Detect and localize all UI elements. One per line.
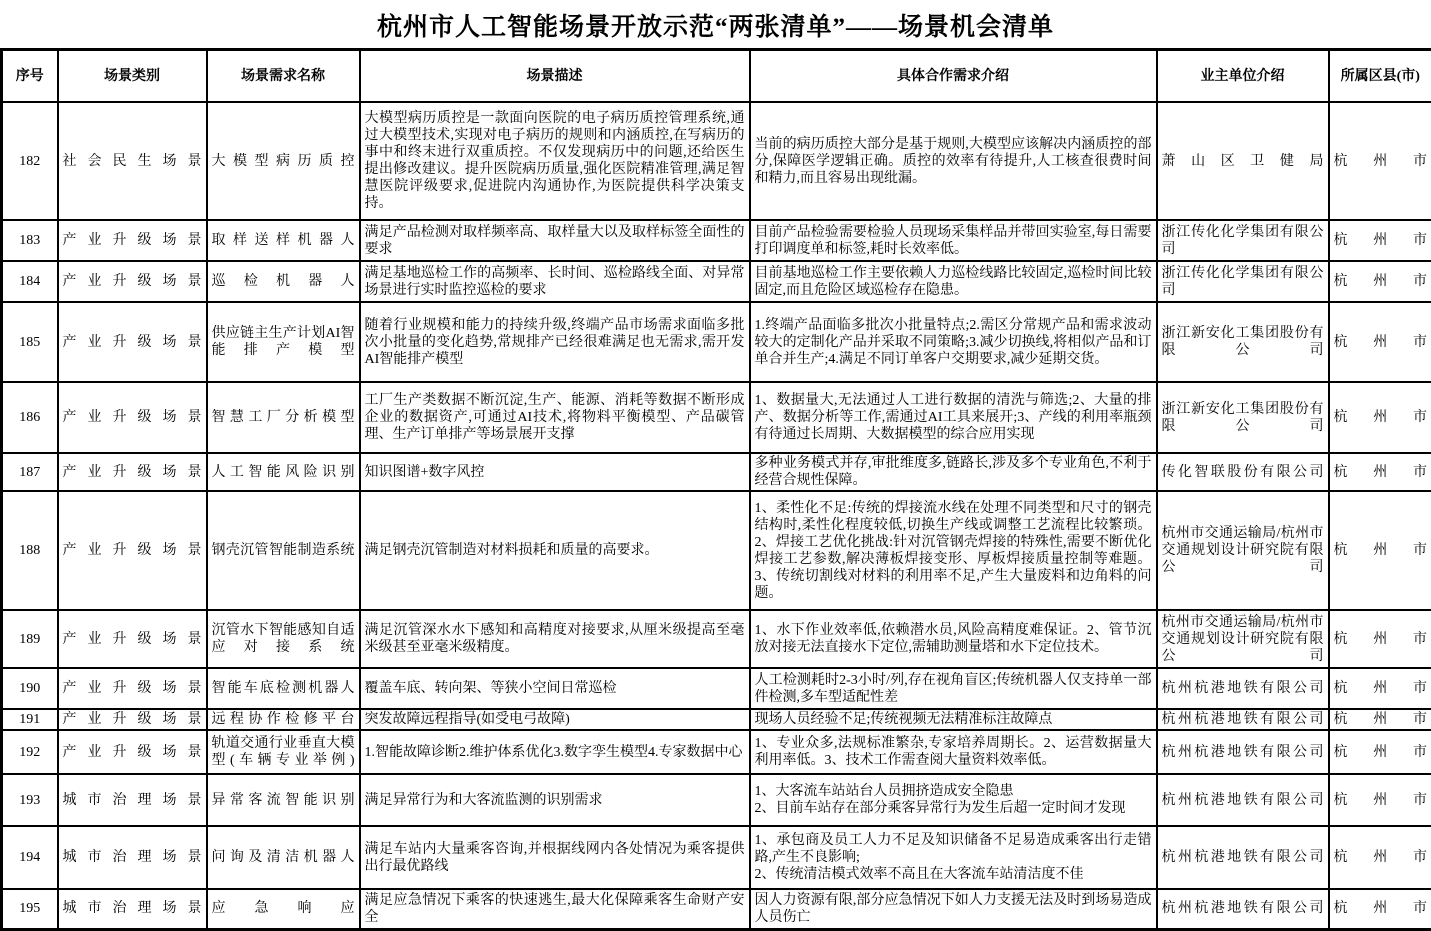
cell-owner-unit: 浙江新安化工集团股份有限公司	[1157, 302, 1329, 382]
cell-scene-description: 覆盖车底、转向架、等狭小空间日常巡检	[360, 668, 750, 709]
cell-scene-category: 城市治理场景	[58, 774, 207, 826]
cell-serial-number: 182	[2, 102, 58, 220]
cell-district: 杭州市	[1329, 709, 1431, 730]
table-row: 190 产业升级场景 智能车底检测机器人 覆盖车底、转向架、等狭小空间日常巡检 …	[2, 668, 1431, 709]
cell-scene-category: 产业升级场景	[58, 491, 207, 610]
cell-scene-demand-name: 巡检机器人	[207, 261, 360, 302]
cell-scene-demand-name: 智能车底检测机器人	[207, 668, 360, 709]
table-row: 183 产业升级场景 取样送样机器人 满足产品检测对取样频率高、取样量大以及取样…	[2, 220, 1431, 261]
cell-scene-demand-name: 大模型病历质控	[207, 102, 360, 220]
cell-cooperation-demand: 1.终端产品面临多批次小批量特点;2.需区分常规产品和需求波动较大的定制化产品并…	[750, 302, 1157, 382]
cell-district: 杭州市	[1329, 102, 1431, 220]
cell-scene-description: 大模型病历质控是一款面向医院的电子病历质控管理系统,通过大模型技术,实现对电子病…	[360, 102, 750, 220]
cell-cooperation-demand: 1、柔性化不足:传统的焊接流水线在处理不同类型和尺寸的钢壳结构时,柔性化程度较低…	[750, 491, 1157, 610]
cell-scene-description: 满足钢壳沉管制造对材料损耗和质量的高要求。	[360, 491, 750, 610]
header-serial-number: 序号	[2, 50, 58, 103]
cell-cooperation-demand: 1、大客流车站站台人员拥挤造成安全隐患 2、目前车站存在部分乘客异常行为发生后超…	[750, 774, 1157, 826]
cell-district: 杭州市	[1329, 491, 1431, 610]
header-scene-demand-name: 场景需求名称	[207, 50, 360, 103]
cell-serial-number: 192	[2, 730, 58, 774]
cell-serial-number: 190	[2, 668, 58, 709]
cell-scene-description: 满足车站内大量乘客咨询,并根据线网内各处情况为乘客提供出行最优路线	[360, 826, 750, 889]
header-owner-unit: 业主单位介绍	[1157, 50, 1329, 103]
cell-scene-demand-name: 远程协作检修平台	[207, 709, 360, 730]
table-row: 186 产业升级场景 智慧工厂分析模型 工厂生产类数据不断沉淀,生产、能源、消耗…	[2, 382, 1431, 453]
cell-cooperation-demand: 1、数据量大,无法通过人工进行数据的清洗与筛选;2、大量的排产、数据分析等工作,…	[750, 382, 1157, 453]
cell-scene-description: 满足应急情况下乘客的快速逃生,最大化保障乘客生命财产安全	[360, 889, 750, 929]
cell-scene-description: 突发故障远程指导(如受电弓故障)	[360, 709, 750, 730]
cell-cooperation-demand: 1、水下作业效率低,依赖潜水员,风险高精度难保证。2、管节沉放对接无法直接水下定…	[750, 610, 1157, 668]
cell-owner-unit: 杭州市交通运输局/杭州市交通规划设计研究院有限公司	[1157, 610, 1329, 668]
cell-cooperation-demand: 当前的病历质控大部分是基于规则,大模型应该解决内涵质控的部分,保障医学逻辑正确。…	[750, 102, 1157, 220]
header-cooperation-demand: 具体合作需求介绍	[750, 50, 1157, 103]
cell-owner-unit: 杭州杭港地铁有限公司	[1157, 774, 1329, 826]
cell-cooperation-demand: 1、专业众多,法规标准繁杂,专家培养周期长。2、运营数据量大利用率低。3、技术工…	[750, 730, 1157, 774]
table-row: 187 产业升级场景 人工智能风险识别 知识图谱+数字风控 多种业务模式并存,审…	[2, 453, 1431, 491]
cell-district: 杭州市	[1329, 453, 1431, 491]
cell-serial-number: 195	[2, 889, 58, 929]
table-row: 189 产业升级场景 沉管水下智能感知自适应对接系统 满足沉管深水水下感知和高精…	[2, 610, 1431, 668]
header-scene-category: 场景类别	[58, 50, 207, 103]
cell-scene-demand-name: 取样送样机器人	[207, 220, 360, 261]
cell-owner-unit: 传化智联股份有限公司	[1157, 453, 1329, 491]
page-title: 杭州市人工智能场景开放示范“两张清单”——场景机会清单	[0, 0, 1431, 48]
cell-scene-demand-name: 沉管水下智能感知自适应对接系统	[207, 610, 360, 668]
cell-scene-demand-name: 异常客流智能识别	[207, 774, 360, 826]
cell-scene-category: 产业升级场景	[58, 453, 207, 491]
cell-district: 杭州市	[1329, 668, 1431, 709]
cell-owner-unit: 杭州杭港地铁有限公司	[1157, 730, 1329, 774]
cell-scene-demand-name: 供应链主生产计划AI智能排产模型	[207, 302, 360, 382]
cell-scene-description: 工厂生产类数据不断沉淀,生产、能源、消耗等数据不断形成企业的数据资产,可通过AI…	[360, 382, 750, 453]
cell-cooperation-demand: 人工检测耗时2-3小时/列,存在视角盲区;传统机器人仅支持单一部件检测,多车型适…	[750, 668, 1157, 709]
cell-serial-number: 185	[2, 302, 58, 382]
cell-owner-unit: 杭州杭港地铁有限公司	[1157, 889, 1329, 929]
cell-district: 杭州市	[1329, 774, 1431, 826]
cell-cooperation-demand: 因人力资源有限,部分应急情况下如人力支援无法及时到场易造成人员伤亡	[750, 889, 1157, 929]
cell-serial-number: 184	[2, 261, 58, 302]
cell-scene-category: 产业升级场景	[58, 709, 207, 730]
cell-serial-number: 191	[2, 709, 58, 730]
cell-owner-unit: 萧山区卫健局	[1157, 102, 1329, 220]
table-row: 182 社会民生场景 大模型病历质控 大模型病历质控是一款面向医院的电子病历质控…	[2, 102, 1431, 220]
cell-scene-description: 满足产品检测对取样频率高、取样量大以及取样标签全面性的要求	[360, 220, 750, 261]
header-scene-description: 场景描述	[360, 50, 750, 103]
table-row: 184 产业升级场景 巡检机器人 满足基地巡检工作的高频率、长时间、巡检路线全面…	[2, 261, 1431, 302]
cell-scene-category: 城市治理场景	[58, 826, 207, 889]
cell-serial-number: 193	[2, 774, 58, 826]
cell-scene-category: 社会民生场景	[58, 102, 207, 220]
cell-district: 杭州市	[1329, 610, 1431, 668]
cell-district: 杭州市	[1329, 220, 1431, 261]
table-row: 188 产业升级场景 钢壳沉管智能制造系统 满足钢壳沉管制造对材料损耗和质量的高…	[2, 491, 1431, 610]
cell-serial-number: 186	[2, 382, 58, 453]
cell-scene-category: 产业升级场景	[58, 302, 207, 382]
table-row: 195 城市治理场景 应急响应 满足应急情况下乘客的快速逃生,最大化保障乘客生命…	[2, 889, 1431, 929]
cell-cooperation-demand: 目前产品检验需要检验人员现场采集样品并带回实验室,每日需要打印调度单和标签,耗时…	[750, 220, 1157, 261]
cell-scene-description: 满足沉管深水水下感知和高精度对接要求,从厘米级提高至毫米级甚至亚毫米级精度。	[360, 610, 750, 668]
cell-serial-number: 189	[2, 610, 58, 668]
cell-scene-description: 满足异常行为和大客流监测的识别需求	[360, 774, 750, 826]
scene-opportunity-table: 序号 场景类别 场景需求名称 场景描述 具体合作需求介绍 业主单位介绍 所属区县…	[0, 48, 1431, 931]
cell-scene-description: 1.智能故障诊断2.维护体系优化3.数字孪生模型4.专家数据中心	[360, 730, 750, 774]
cell-owner-unit: 杭州杭港地铁有限公司	[1157, 709, 1329, 730]
cell-serial-number: 187	[2, 453, 58, 491]
cell-district: 杭州市	[1329, 730, 1431, 774]
table-row: 194 城市治理场景 问询及清洁机器人 满足车站内大量乘客咨询,并根据线网内各处…	[2, 826, 1431, 889]
cell-owner-unit: 杭州杭港地铁有限公司	[1157, 826, 1329, 889]
cell-scene-category: 产业升级场景	[58, 261, 207, 302]
cell-scene-description: 满足基地巡检工作的高频率、长时间、巡检路线全面、对异常场景进行实时监控巡检的要求	[360, 261, 750, 302]
table-row: 193 城市治理场景 异常客流智能识别 满足异常行为和大客流监测的识别需求 1、…	[2, 774, 1431, 826]
cell-serial-number: 194	[2, 826, 58, 889]
cell-scene-category: 产业升级场景	[58, 220, 207, 261]
cell-owner-unit: 浙江新安化工集团股份有限公司	[1157, 382, 1329, 453]
cell-district: 杭州市	[1329, 826, 1431, 889]
cell-scene-description: 知识图谱+数字风控	[360, 453, 750, 491]
cell-cooperation-demand: 现场人员经验不足;传统视频无法精准标注故障点	[750, 709, 1157, 730]
cell-cooperation-demand: 目前基地巡检工作主要依赖人力巡检线路比较固定,巡检时间比较固定,而且危险区域巡检…	[750, 261, 1157, 302]
table-body: 182 社会民生场景 大模型病历质控 大模型病历质控是一款面向医院的电子病历质控…	[2, 102, 1431, 929]
cell-cooperation-demand: 多种业务模式并存,审批维度多,链路长,涉及多个专业角色,不利于经营合规性保障。	[750, 453, 1157, 491]
cell-district: 杭州市	[1329, 889, 1431, 929]
header-row: 序号 场景类别 场景需求名称 场景描述 具体合作需求介绍 业主单位介绍 所属区县…	[2, 50, 1431, 103]
table-row: 192 产业升级场景 轨道交通行业垂直大模型(车辆专业举例) 1.智能故障诊断2…	[2, 730, 1431, 774]
cell-owner-unit: 杭州杭港地铁有限公司	[1157, 668, 1329, 709]
cell-serial-number: 183	[2, 220, 58, 261]
cell-owner-unit: 浙江传化化学集团有限公司	[1157, 220, 1329, 261]
cell-district: 杭州市	[1329, 382, 1431, 453]
cell-scene-demand-name: 智慧工厂分析模型	[207, 382, 360, 453]
cell-owner-unit: 浙江传化化学集团有限公司	[1157, 261, 1329, 302]
cell-scene-demand-name: 人工智能风险识别	[207, 453, 360, 491]
cell-scene-category: 产业升级场景	[58, 668, 207, 709]
cell-scene-category: 产业升级场景	[58, 382, 207, 453]
table-row: 185 产业升级场景 供应链主生产计划AI智能排产模型 随着行业规模和能力的持续…	[2, 302, 1431, 382]
cell-scene-demand-name: 轨道交通行业垂直大模型(车辆专业举例)	[207, 730, 360, 774]
cell-district: 杭州市	[1329, 261, 1431, 302]
cell-scene-category: 产业升级场景	[58, 730, 207, 774]
cell-owner-unit: 杭州市交通运输局/杭州市交通规划设计研究院有限公司	[1157, 491, 1329, 610]
cell-cooperation-demand: 1、承包商及员工人力不足及知识储备不足易造成乘客出行走错路,产生不良影响; 2、…	[750, 826, 1157, 889]
document-page: 杭州市人工智能场景开放示范“两张清单”——场景机会清单 序号 场景类别 场景需求…	[0, 0, 1431, 931]
cell-serial-number: 188	[2, 491, 58, 610]
cell-scene-category: 城市治理场景	[58, 889, 207, 929]
cell-scene-description: 随着行业规模和能力的持续升级,终端产品市场需求面临多批次小批量的变化趋势,常规排…	[360, 302, 750, 382]
cell-scene-category: 产业升级场景	[58, 610, 207, 668]
cell-scene-demand-name: 钢壳沉管智能制造系统	[207, 491, 360, 610]
cell-scene-demand-name: 应急响应	[207, 889, 360, 929]
header-district: 所属区县(市)	[1329, 50, 1431, 103]
cell-scene-demand-name: 问询及清洁机器人	[207, 826, 360, 889]
cell-district: 杭州市	[1329, 302, 1431, 382]
table-row: 191 产业升级场景 远程协作检修平台 突发故障远程指导(如受电弓故障) 现场人…	[2, 709, 1431, 730]
